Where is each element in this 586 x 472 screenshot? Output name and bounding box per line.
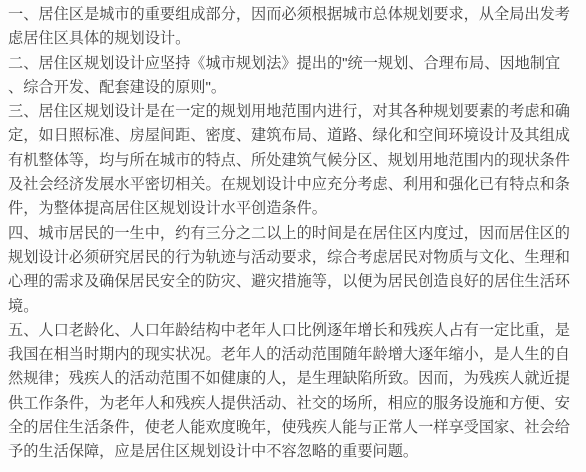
paragraph-item-4: 四、城市居民的一生中，约有三分之二以上的时间是在居住区内度过，因而居住区的规划设…	[8, 222, 571, 319]
paragraph-item-1: 一、居住区是城市的重要组成部分，因而必须根据城市总体规划要求，从全局出发考虑居住…	[8, 3, 571, 52]
paragraph-item-5: 五、人口老龄化、人口年龄结构中老年人口比例逐年增长和残疾人占有一定比重，是我国在…	[8, 319, 571, 465]
document-body: 一、居住区是城市的重要组成部分，因而必须根据城市总体规划要求，从全局出发考虑居住…	[0, 0, 579, 465]
paragraph-item-2: 二、居住区规划设计应坚持《城市规划法》提出的"统一规划、合理布局、因地制宜、综合…	[8, 52, 571, 101]
paragraph-item-3: 三、居住区规划设计是在一定的规划用地范围内进行，对其各种规划要素的考虑和确定，如…	[8, 100, 571, 221]
